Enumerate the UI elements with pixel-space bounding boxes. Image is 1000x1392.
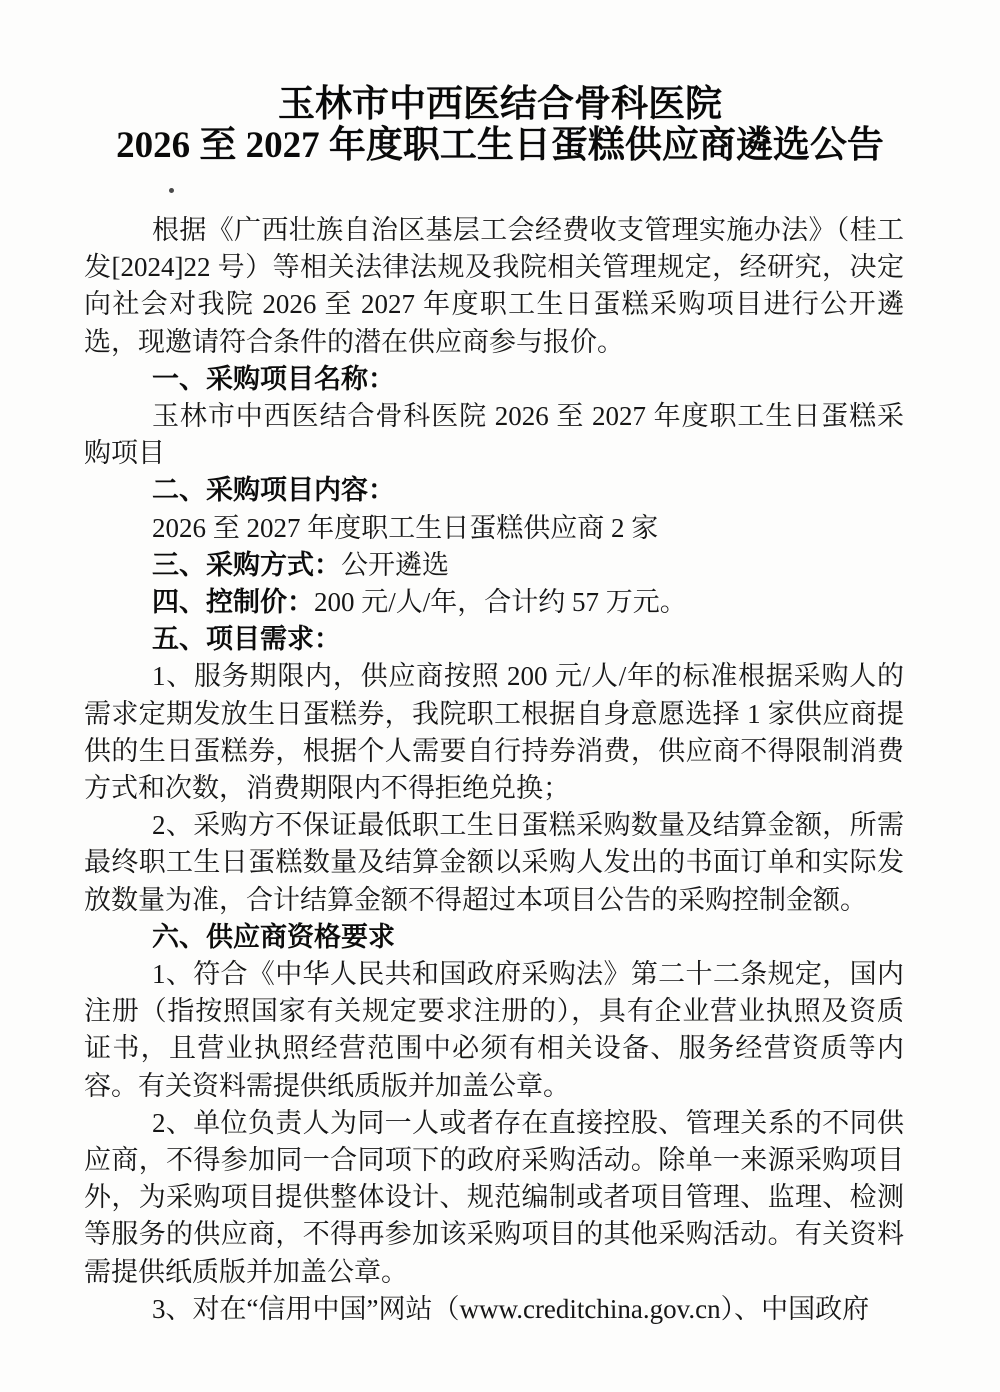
section-heading-text: 三、采购方式：: [152, 550, 341, 580]
paragraph-text: 2、采购方不保证最低职工生日蛋糕采购数量及结算金额，所需最终职工生日蛋糕数量及结…: [84, 810, 904, 914]
section-heading-text: 四、控制价：: [152, 587, 314, 617]
paragraph-section-5-item-1: 1、服务期限内，供应商按照 200 元/人/年的标准根据采购人的需求定期发放生日…: [84, 658, 904, 807]
document-title-line-1: 玉林市中西医结合骨科医院: [0, 84, 1000, 125]
scan-artifact-dot: [169, 188, 174, 193]
paragraph-text: 玉林市中西医结合骨科医院 2026 至 2027 年度职工生日蛋糕采购项目: [84, 401, 904, 468]
paragraph-text: 3、对在“信用中国”网站（www.creditchina.gov.cn）、中国政…: [152, 1294, 869, 1324]
paragraph-section-5-item-2: 2、采购方不保证最低职工生日蛋糕采购数量及结算金额，所需最终职工生日蛋糕数量及结…: [84, 807, 904, 919]
paragraph-section-6-item-3: 3、对在“信用中国”网站（www.creditchina.gov.cn）、中国政…: [84, 1291, 904, 1328]
paragraph-text: 1、服务期限内，供应商按照 200 元/人/年的标准根据采购人的需求定期发放生日…: [84, 661, 904, 803]
document-title: 玉林市中西医结合骨科医院 2026 至 2027 年度职工生日蛋糕供应商遴选公告: [0, 84, 1000, 166]
heading-section-6: 六、供应商资格要求: [84, 919, 904, 956]
section-heading-text: 五、项目需求：: [152, 624, 341, 654]
paragraph-text: 2、单位负责人为同一人或者存在直接控股、管理关系的不同供应商，不得参加同一合同项…: [84, 1108, 904, 1287]
paragraph-text: 2026 至 2027 年度职工生日蛋糕供应商 2 家: [152, 513, 658, 543]
section-value-text: 公开遴选: [341, 550, 449, 580]
section-heading-text: 六、供应商资格要求: [152, 922, 395, 952]
paragraph-section-2-body: 2026 至 2027 年度职工生日蛋糕供应商 2 家: [84, 510, 904, 547]
section-value-text: 200 元/人/年，合计约 57 万元。: [314, 587, 687, 617]
paragraph-section-6-item-1: 1、符合《中华人民共和国政府采购法》第二十二条规定，国内注册（指按照国家有关规定…: [84, 956, 904, 1105]
section-heading-text: 二、采购项目内容：: [152, 475, 395, 505]
paragraph-section-6-item-2: 2、单位负责人为同一人或者存在直接控股、管理关系的不同供应商，不得参加同一合同项…: [84, 1105, 904, 1291]
paragraph-text: 1、符合《中华人民共和国政府采购法》第二十二条规定，国内注册（指按照国家有关规定…: [84, 959, 904, 1101]
heading-section-5: 五、项目需求：: [84, 621, 904, 658]
heading-section-4: 四、控制价：200 元/人/年，合计约 57 万元。: [84, 584, 904, 621]
heading-section-2: 二、采购项目内容：: [84, 472, 904, 509]
paragraph-intro: 根据《广西壮族自治区基层工会经费收支管理实施办法》（桂工发[2024]22 号）…: [84, 212, 904, 361]
heading-section-3: 三、采购方式：公开遴选: [84, 547, 904, 584]
section-heading-text: 一、采购项目名称：: [152, 364, 395, 394]
paragraph-section-1-body: 玉林市中西医结合骨科医院 2026 至 2027 年度职工生日蛋糕采购项目: [84, 398, 904, 472]
paragraph-text: 根据《广西壮族自治区基层工会经费收支管理实施办法》（桂工发[2024]22 号）…: [84, 215, 904, 357]
document-page: 玉林市中西医结合骨科医院 2026 至 2027 年度职工生日蛋糕供应商遴选公告…: [0, 0, 1000, 1392]
document-title-line-2: 2026 至 2027 年度职工生日蛋糕供应商遴选公告: [0, 125, 1000, 166]
document-body: 根据《广西壮族自治区基层工会经费收支管理实施办法》（桂工发[2024]22 号）…: [84, 212, 904, 1328]
heading-section-1: 一、采购项目名称：: [84, 361, 904, 398]
